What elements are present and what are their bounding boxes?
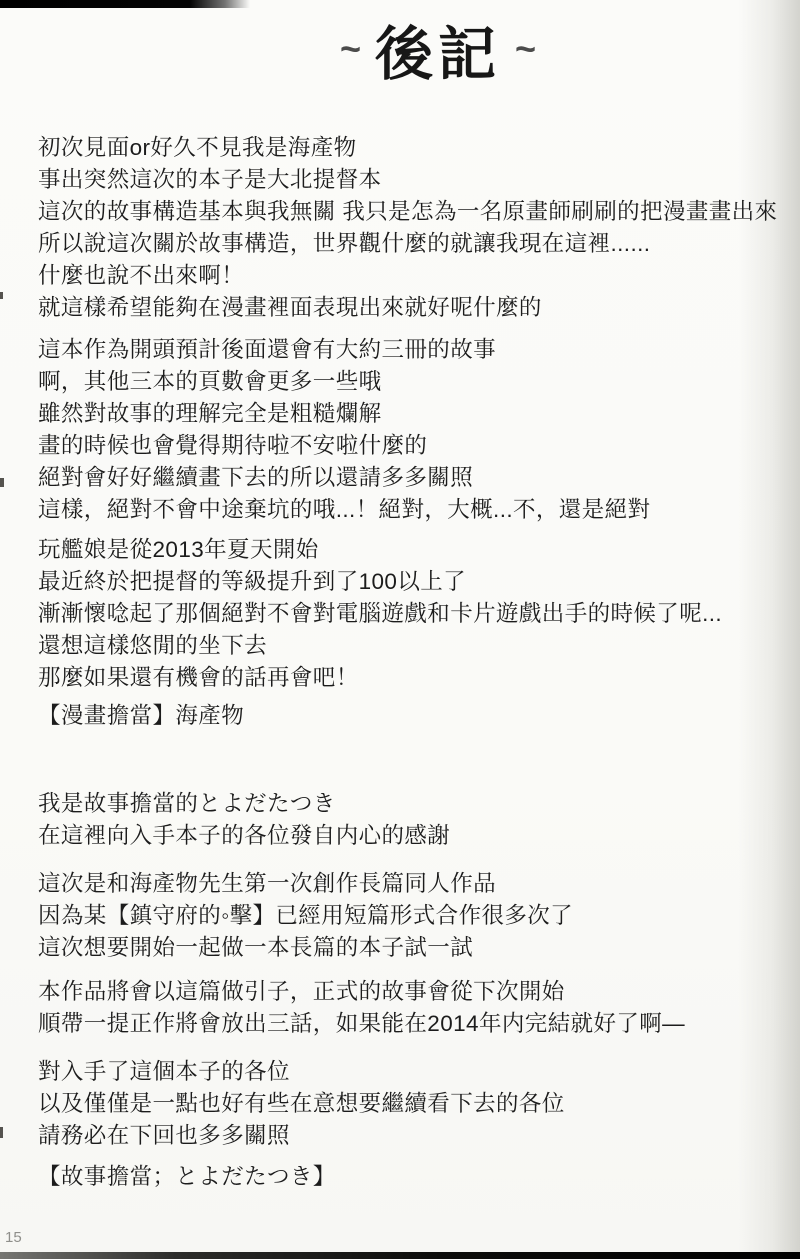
scan-artifact-top-bar: [0, 0, 250, 8]
title-text: 後記: [375, 22, 501, 87]
text-line: 初次見面or好久不見我是海產物: [38, 132, 748, 164]
writer-credit: 【故事擔當；とよだたつき】: [38, 1161, 748, 1193]
text-line: 這次的故事構造基本與我無關 我只是怎為一名原畫師刷刷的把漫畫畫出來: [38, 196, 748, 228]
scan-speck: [0, 478, 4, 487]
text-line: 對入手了這個本子的各位: [38, 1056, 748, 1088]
afterword-paragraph-writer-intro: 我是故事擔當的とよだたつき 在這裡向入手本子的各位發自内心的感謝: [38, 788, 748, 852]
text-line: 這樣，絕對不會中途棄坑的哦...！絕對，大概...不，還是絕對: [38, 494, 748, 526]
text-line: 最近終於把提督的等級提升到了100以上了: [38, 566, 748, 598]
text-line: 在這裡向入手本子的各位發自内心的感謝: [38, 820, 748, 852]
text-line: 我是故事擔當的とよだたつき: [38, 788, 748, 820]
page-number: 15: [5, 1229, 22, 1246]
text-line: 雖然對故事的理解完全是粗糙爛解: [38, 398, 748, 430]
text-line: 玩艦娘是從2013年夏天開始: [38, 534, 748, 566]
afterword-paragraph-artist-intro: 初次見面or好久不見我是海產物 事出突然這次的本子是大北提督本 這次的故事構造基…: [38, 132, 748, 324]
page-title: ~後記~: [38, 12, 800, 92]
text-line: 這次想要開始一起做一本長篇的本子試一試: [38, 932, 748, 964]
text-line: 所以說這次關於故事構造，世界觀什麼的就讓我現在這裡......: [38, 228, 748, 260]
afterword-paragraph-future-volumes: 這本作為開頭預計後面還會有大約三冊的故事 啊，其他三本的頁數會更多一些哦 雖然對…: [38, 334, 748, 526]
text-line: 順帶一提正作將會放出三話，如果能在2014年内完結就好了啊—: [38, 1008, 748, 1040]
text-line: 這次是和海產物先生第一次創作長篇同人作品: [38, 868, 748, 900]
text-line: 什麼也說不出來啊！: [38, 260, 748, 292]
text-line: 漸漸懷唸起了那個絕對不會對電腦遊戲和卡片遊戲出手的時候了呢...: [38, 598, 748, 630]
text-line: 以及僅僅是一點也好有些在意想要繼續看下去的各位: [38, 1088, 748, 1120]
text-line: 畫的時候也會覺得期待啦不安啦什麼的: [38, 430, 748, 462]
afterword-body: 初次見面or好久不見我是海產物 事出突然這次的本子是大北提督本 這次的故事構造基…: [38, 132, 748, 1193]
scan-speck: [0, 1127, 3, 1138]
scan-artifact-bottom-bar: [0, 1252, 800, 1259]
text-line: 還想這樣悠閒的坐下去: [38, 630, 748, 662]
afterword-paragraph-prologue-note: 本作品將會以這篇做引子，正式的故事會從下次開始 順帶一提正作將會放出三話，如果能…: [38, 976, 748, 1040]
artist-credit: 【漫畫擔當】海產物: [38, 700, 748, 732]
title-right-tilde: ~: [515, 28, 536, 69]
text-line: 那麼如果還有機會的話再會吧！: [38, 662, 748, 694]
text-line: 事出突然這次的本子是大北提督本: [38, 164, 748, 196]
text-line: 本作品將會以這篇做引子，正式的故事會從下次開始: [38, 976, 748, 1008]
text-line: 絕對會好好繼續畫下去的所以還請多多關照: [38, 462, 748, 494]
text-line: 請務必在下回也多多關照: [38, 1120, 748, 1152]
afterword-paragraph-collaboration: 這次是和海產物先生第一次創作長篇同人作品 因為某【鎮守府的◦擊】已經用短篇形式合…: [38, 868, 748, 964]
text-line: 就這樣希望能夠在漫畫裡面表現出來就好呢什麼的: [38, 292, 748, 324]
afterword-paragraph-kancolle: 玩艦娘是從2013年夏天開始 最近終於把提督的等級提升到了100以上了 漸漸懷唸…: [38, 534, 748, 694]
title-left-tilde: ~: [340, 28, 361, 69]
text-line: 啊，其他三本的頁數會更多一些哦: [38, 366, 748, 398]
text-line: 因為某【鎮守府的◦擊】已經用短篇形式合作很多次了: [38, 900, 748, 932]
text-line: 這本作為開頭預計後面還會有大約三冊的故事: [38, 334, 748, 366]
scan-speck: [0, 292, 3, 299]
afterword-paragraph-thanks: 對入手了這個本子的各位 以及僅僅是一點也好有些在意想要繼續看下去的各位 請務必在…: [38, 1056, 748, 1152]
